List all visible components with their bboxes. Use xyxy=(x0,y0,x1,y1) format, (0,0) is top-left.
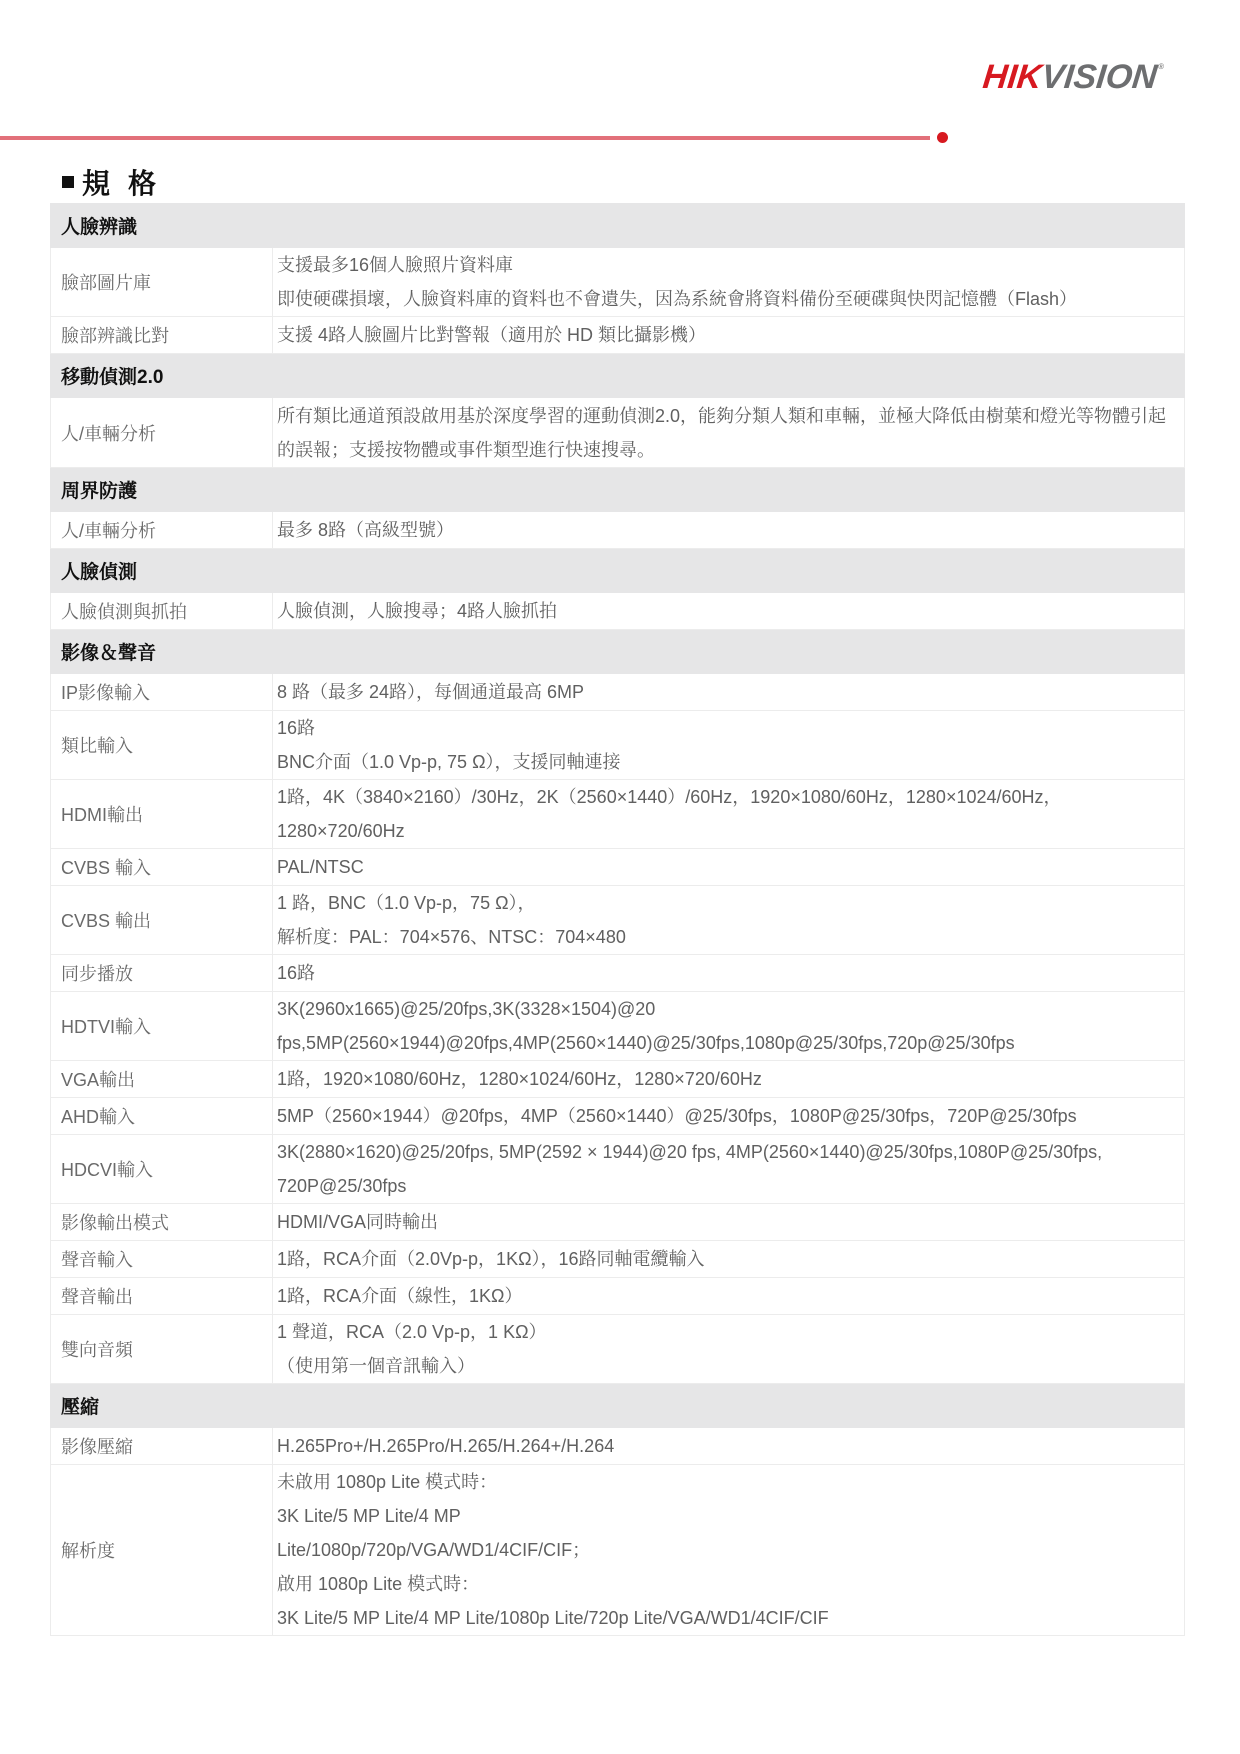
spec-value-line: 啟用 1080p Lite 模式時： xyxy=(277,1567,1184,1601)
page-title: 規格 xyxy=(62,162,174,202)
section-header: 人臉辨識 xyxy=(51,204,1185,248)
table-row: HDMI輸出1路，4K（3840×2160）/30Hz，2K（2560×1440… xyxy=(51,780,1185,849)
spec-label: 人臉偵測與抓拍 xyxy=(51,593,273,630)
spec-label: 類比輸入 xyxy=(51,711,273,780)
section-header: 壓縮 xyxy=(51,1384,1185,1428)
spec-value: 1路，RCA介面（線性，1KΩ） xyxy=(273,1278,1185,1315)
section-spacer xyxy=(273,1384,1185,1428)
section-title: 周界防護 xyxy=(51,468,273,512)
section-title: 人臉偵測 xyxy=(51,549,273,593)
spec-value: 未啟用 1080p Lite 模式時：3K Lite/5 MP Lite/4 M… xyxy=(273,1465,1185,1636)
table-row: 聲音輸出1路，RCA介面（線性，1KΩ） xyxy=(51,1278,1185,1315)
header-divider xyxy=(0,136,930,140)
spec-label: 解析度 xyxy=(51,1465,273,1636)
spec-value: 支援 4路人臉圖片比對警報（適用於 HD 類比攝影機） xyxy=(273,317,1185,354)
table-row: AHD輸入5MP（2560×1944）@20fps，4MP（2560×1440）… xyxy=(51,1098,1185,1135)
spec-value: 1路，1920×1080/60Hz，1280×1024/60Hz，1280×72… xyxy=(273,1061,1185,1098)
spec-value-line: 最多 8路（高級型號） xyxy=(277,513,1184,547)
section-title: 影像＆聲音 xyxy=(51,630,273,674)
section-header: 周界防護 xyxy=(51,468,1185,512)
spec-label: CVBS 輸出 xyxy=(51,886,273,955)
spec-value: 3K(2960x1665)@25/20fps,3K(3328×1504)@20 … xyxy=(273,992,1185,1061)
spec-value-line: H.265Pro+/H.265Pro/H.265/H.264+/H.264 xyxy=(277,1429,1184,1463)
table-row: CVBS 輸入PAL/NTSC xyxy=(51,849,1185,886)
table-row: 臉部圖片庫支援最多16個人臉照片資料庫即使硬碟損壞，人臉資料庫的資料也不會遺失，… xyxy=(51,248,1185,317)
section-spacer xyxy=(273,354,1185,398)
spec-value-line: 支援 4路人臉圖片比對警報（適用於 HD 類比攝影機） xyxy=(277,318,1184,352)
section-header: 人臉偵測 xyxy=(51,549,1185,593)
spec-label: 臉部圖片庫 xyxy=(51,248,273,317)
table-row: 影像壓縮H.265Pro+/H.265Pro/H.265/H.264+/H.26… xyxy=(51,1428,1185,1465)
spec-value: 支援最多16個人臉照片資料庫即使硬碟損壞，人臉資料庫的資料也不會遺失，因為系統會… xyxy=(273,248,1185,317)
section-spacer xyxy=(273,468,1185,512)
section-header: 移動偵測2.0 xyxy=(51,354,1185,398)
table-row: 臉部辨識比對支援 4路人臉圖片比對警報（適用於 HD 類比攝影機） xyxy=(51,317,1185,354)
section-title: 壓縮 xyxy=(51,1384,273,1428)
spec-value-line: 5MP（2560×1944）@20fps，4MP（2560×1440）@25/3… xyxy=(277,1099,1184,1133)
spec-value-line: Lite/1080p/720p/VGA/WD1/4CIF/CIF； xyxy=(277,1533,1184,1567)
spec-value-line: 1路，RCA介面（線性，1KΩ） xyxy=(277,1279,1184,1313)
spec-value-line: 1路，1920×1080/60Hz，1280×1024/60Hz，1280×72… xyxy=(277,1062,1184,1096)
spec-value: 5MP（2560×1944）@20fps，4MP（2560×1440）@25/3… xyxy=(273,1098,1185,1135)
spec-value: 16路BNC介面（1.0 Vp-p, 75 Ω），支援同軸連接 xyxy=(273,711,1185,780)
section-spacer xyxy=(273,204,1185,248)
spec-value-line: 3K(2960x1665)@25/20fps,3K(3328×1504)@20 … xyxy=(277,992,1184,1060)
spec-label: 同步播放 xyxy=(51,955,273,992)
spec-value: 1 聲道，RCA（2.0 Vp-p，1 KΩ）（使用第一個音訊輸入） xyxy=(273,1315,1185,1384)
square-bullet-icon xyxy=(62,176,74,188)
table-row: 同步播放16路 xyxy=(51,955,1185,992)
spec-value-line: 8 路（最多 24路），每個通道最高 6MP xyxy=(277,675,1184,709)
spec-value: 人臉偵測，人臉搜尋；4路人臉抓拍 xyxy=(273,593,1185,630)
table-row: HDTVI輸入3K(2960x1665)@25/20fps,3K(3328×15… xyxy=(51,992,1185,1061)
spec-value-line: BNC介面（1.0 Vp-p, 75 Ω），支援同軸連接 xyxy=(277,745,1184,779)
spec-label: 臉部辨識比對 xyxy=(51,317,273,354)
spec-value: 3K(2880×1620)@25/20fps, 5MP(2592 × 1944)… xyxy=(273,1135,1185,1204)
table-row: 類比輸入16路BNC介面（1.0 Vp-p, 75 Ω），支援同軸連接 xyxy=(51,711,1185,780)
spec-value-line: 未啟用 1080p Lite 模式時： xyxy=(277,1465,1184,1499)
table-row: CVBS 輸出1 路，BNC（1.0 Vp-p，75 Ω），解析度：PAL：70… xyxy=(51,886,1185,955)
spec-value: HDMI/VGA同時輸出 xyxy=(273,1204,1185,1241)
table-row: 人/車輛分析所有類比通道預設啟用基於深度學習的運動偵測2.0，能夠分類人類和車輛… xyxy=(51,398,1185,468)
spec-value-line: 即使硬碟損壞，人臉資料庫的資料也不會遺失，因為系統會將資料備份至硬碟與快閃記憶體… xyxy=(277,282,1184,316)
spec-value-line: 人臉偵測，人臉搜尋；4路人臉抓拍 xyxy=(277,594,1184,628)
spec-label: 人/車輛分析 xyxy=(51,398,273,468)
spec-value: 1 路，BNC（1.0 Vp-p，75 Ω），解析度：PAL：704×576、N… xyxy=(273,886,1185,955)
spec-value: 8 路（最多 24路），每個通道最高 6MP xyxy=(273,674,1185,711)
hikvision-logo: HIKVISION® xyxy=(981,58,1165,97)
spec-label: 聲音輸出 xyxy=(51,1278,273,1315)
registered-mark: ® xyxy=(1157,62,1164,71)
spec-table: 人臉辨識臉部圖片庫支援最多16個人臉照片資料庫即使硬碟損壞，人臉資料庫的資料也不… xyxy=(50,203,1185,1636)
table-row: VGA輸出1路，1920×1080/60Hz，1280×1024/60Hz，12… xyxy=(51,1061,1185,1098)
spec-value: PAL/NTSC xyxy=(273,849,1185,886)
spec-value-line: 支援最多16個人臉照片資料庫 xyxy=(277,248,1184,282)
table-row: 聲音輸入1路，RCA介面（2.0Vp-p，1KΩ），16路同軸電纜輸入 xyxy=(51,1241,1185,1278)
spec-value: 1路，RCA介面（2.0Vp-p，1KΩ），16路同軸電纜輸入 xyxy=(273,1241,1185,1278)
section-spacer xyxy=(273,630,1185,674)
spec-label: 聲音輸入 xyxy=(51,1241,273,1278)
table-row: 解析度未啟用 1080p Lite 模式時：3K Lite/5 MP Lite/… xyxy=(51,1465,1185,1636)
section-title: 移動偵測2.0 xyxy=(51,354,273,398)
header-divider-dot xyxy=(937,132,948,143)
spec-value-line: 1 路，BNC（1.0 Vp-p，75 Ω）， xyxy=(277,886,1184,920)
spec-label: HDCVI輸入 xyxy=(51,1135,273,1204)
spec-label: CVBS 輸入 xyxy=(51,849,273,886)
logo-hik: HIK xyxy=(981,58,1044,96)
spec-value-line: 3K Lite/5 MP Lite/4 MP xyxy=(277,1499,1184,1533)
spec-value-line: 1路，4K（3840×2160）/30Hz，2K（2560×1440）/60Hz… xyxy=(277,780,1184,848)
spec-value-line: HDMI/VGA同時輸出 xyxy=(277,1205,1184,1239)
spec-label: 人/車輛分析 xyxy=(51,512,273,549)
spec-value: 16路 xyxy=(273,955,1185,992)
spec-value: 最多 8路（高級型號） xyxy=(273,512,1185,549)
spec-value: 所有類比通道預設啟用基於深度學習的運動偵測2.0，能夠分類人類和車輛，並極大降低… xyxy=(273,398,1185,468)
spec-value: H.265Pro+/H.265Pro/H.265/H.264+/H.264 xyxy=(273,1428,1185,1465)
spec-label: AHD輸入 xyxy=(51,1098,273,1135)
table-row: 影像輸出模式HDMI/VGA同時輸出 xyxy=(51,1204,1185,1241)
spec-value-line: 16路 xyxy=(277,956,1184,990)
spec-value: 1路，4K（3840×2160）/30Hz，2K（2560×1440）/60Hz… xyxy=(273,780,1185,849)
spec-label: VGA輸出 xyxy=(51,1061,273,1098)
page-title-text: 規格 xyxy=(82,162,174,202)
spec-label: HDTVI輸入 xyxy=(51,992,273,1061)
table-row: 雙向音頻1 聲道，RCA（2.0 Vp-p，1 KΩ）（使用第一個音訊輸入） xyxy=(51,1315,1185,1384)
spec-value-line: 解析度：PAL：704×576、NTSC：704×480 xyxy=(277,920,1184,954)
spec-label: IP影像輸入 xyxy=(51,674,273,711)
logo-vision: VISION xyxy=(1040,58,1159,96)
spec-value-line: 1路，RCA介面（2.0Vp-p，1KΩ），16路同軸電纜輸入 xyxy=(277,1242,1184,1276)
table-row: 人臉偵測與抓拍人臉偵測，人臉搜尋；4路人臉抓拍 xyxy=(51,593,1185,630)
spec-label: HDMI輸出 xyxy=(51,780,273,849)
spec-label: 影像輸出模式 xyxy=(51,1204,273,1241)
spec-value-line: PAL/NTSC xyxy=(277,850,1184,884)
spec-label: 影像壓縮 xyxy=(51,1428,273,1465)
spec-value-line: 3K Lite/5 MP Lite/4 MP Lite/1080p Lite/7… xyxy=(277,1601,1184,1635)
spec-label: 雙向音頻 xyxy=(51,1315,273,1384)
section-header: 影像＆聲音 xyxy=(51,630,1185,674)
table-row: IP影像輸入8 路（最多 24路），每個通道最高 6MP xyxy=(51,674,1185,711)
spec-value-line: 1 聲道，RCA（2.0 Vp-p，1 KΩ） xyxy=(277,1315,1184,1349)
section-title: 人臉辨識 xyxy=(51,204,273,248)
table-row: 人/車輛分析最多 8路（高級型號） xyxy=(51,512,1185,549)
spec-value-line: 所有類比通道預設啟用基於深度學習的運動偵測2.0，能夠分類人類和車輛，並極大降低… xyxy=(277,399,1184,467)
table-row: HDCVI輸入3K(2880×1620)@25/20fps, 5MP(2592 … xyxy=(51,1135,1185,1204)
spec-value-line: 16路 xyxy=(277,711,1184,745)
spec-value-line: （使用第一個音訊輸入） xyxy=(277,1349,1184,1383)
spec-value-line: 3K(2880×1620)@25/20fps, 5MP(2592 × 1944)… xyxy=(277,1135,1184,1203)
section-spacer xyxy=(273,549,1185,593)
